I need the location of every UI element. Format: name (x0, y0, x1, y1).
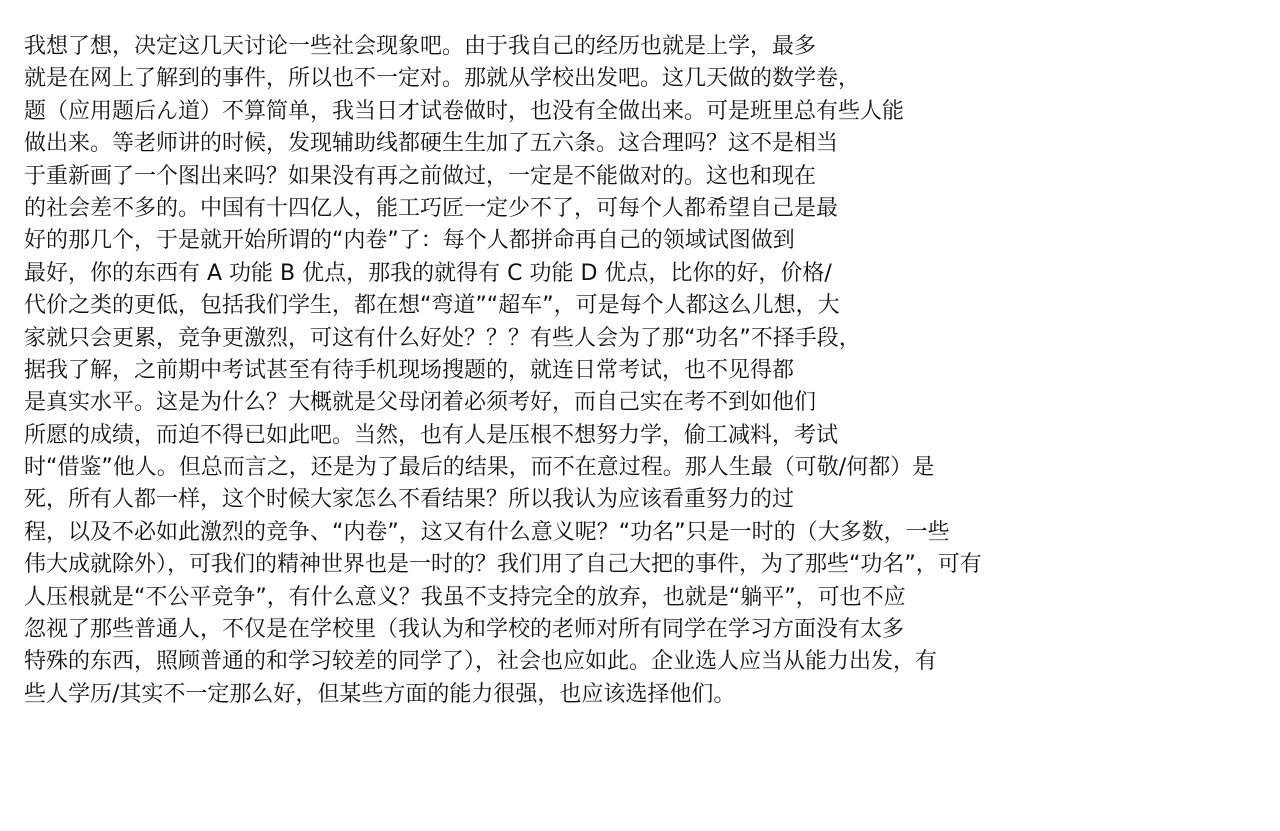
text-line: 所愿的成绩，而迫不得已如此吧。当然，也有人是压根不想努力学，偷工减料，考试 (24, 420, 1264, 452)
text-line: 时“借鉴”他人。但总而言之，还是为了最后的结果，而不在意过程。那人生最（可敬/何… (24, 452, 1264, 484)
text-line: 据我了解，之前期中考试甚至有待手机现场搜题的，就连日常考试，也不见得都 (24, 355, 1264, 387)
text-line: 忽视了那些普通人，不仅是在学校里（我认为和学校的老师对所有同学在学习方面没有太多 (24, 614, 1264, 646)
text-line: 人压根就是“不公平竞争”，有什么意义？我虽不支持完全的放弃，也就是“躺平”，可也… (24, 582, 1264, 614)
text-line: 好的那几个，于是就开始所谓的“内卷”了：每个人都拼命再自己的领域试图做到 (24, 225, 1264, 257)
essay-document: 我想了想，决定这几天讨论一些社会现象吧。由于我自己的经历也就是上学，最多 就是在… (24, 31, 1264, 711)
text-line: 于重新画了一个图出来吗？如果没有再之前做过，一定是不能做对的。这也和现在 (24, 161, 1264, 193)
text-line: 特殊的东西，照顾普通的和学习较差的同学了），社会也应如此。企业选人应当从能力出发… (24, 646, 1264, 678)
text-line: 死，所有人都一样，这个时候大家怎么不看结果？所以我认为应该看重努力的过 (24, 484, 1264, 516)
text-line: 是真实水平。这是为什么？大概就是父母闭着必须考好，而自己实在考不到如他们 (24, 387, 1264, 419)
text-line: 题（应用题后ん道）不算简单，我当日才试卷做时，也没有全做出来。可是班里总有些人能 (24, 96, 1264, 128)
text-line: 些人学历/其实不一定那么好，但某些方面的能力很强，也应该选择他们。 (24, 679, 1264, 711)
text-line: 最好，你的东西有 A 功能 B 优点，那我的就得有 C 功能 D 优点，比你的好… (24, 258, 1264, 290)
text-line: 代价之类的更低，包括我们学生，都在想“弯道”“超车”，可是每个人都这么儿想，大 (24, 290, 1264, 322)
text-line: 就是在网上了解到的事件，所以也不一定对。那就从学校出发吧。这几天做的数学卷， (24, 63, 1264, 95)
text-line: 程，以及不必如此激烈的竞争、“内卷”，这又有什么意义呢？“功名”只是一时的（大多… (24, 517, 1264, 549)
text-line: 伟大成就除外），可我们的精神世界也是一时的？我们用了自己大把的事件，为了那些“功… (24, 549, 1264, 581)
text-line: 我想了想，决定这几天讨论一些社会现象吧。由于我自己的经历也就是上学，最多 (24, 31, 1264, 63)
text-line: 做出来。等老师讲的时候，发现辅助线都硬生生加了五六条。这合理吗？这不是相当 (24, 128, 1264, 160)
text-line: 家就只会更累，竞争更激烈，可这有什么好处？？？有些人会为了那“功名”不择手段， (24, 323, 1264, 355)
text-line: 的社会差不多的。中国有十四亿人，能工巧匠一定少不了，可每个人都希望自己是最 (24, 193, 1264, 225)
